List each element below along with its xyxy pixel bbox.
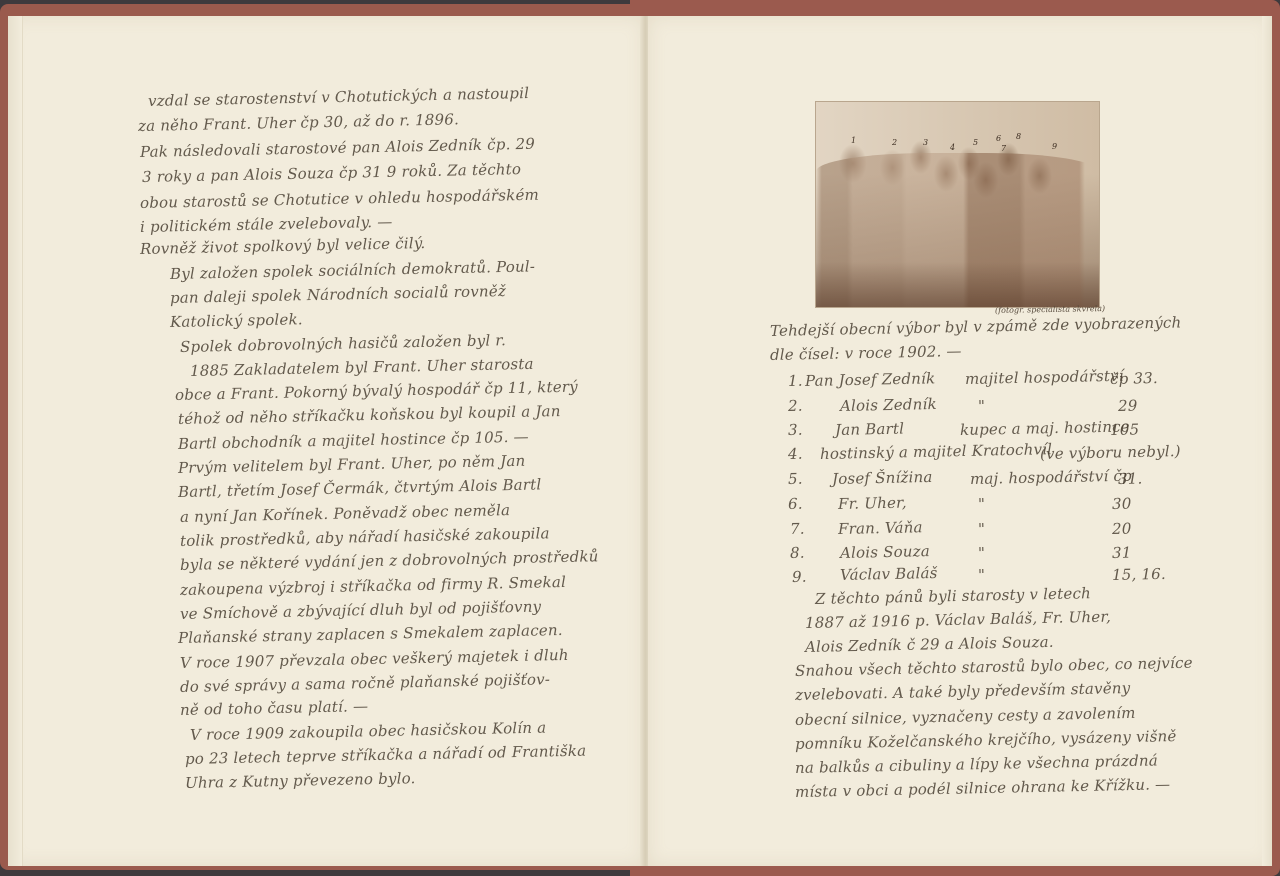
member-cp: 20 (1112, 520, 1132, 538)
member-role: (ve výboru nebyl.) (1040, 442, 1181, 463)
photo-number-mark: 2 (892, 138, 897, 147)
member-cp: 31 (1112, 544, 1132, 562)
photo-shadow (816, 262, 1099, 307)
member-role: " (978, 566, 985, 584)
member-number: 3. (788, 421, 803, 439)
photo-caption: (fotogr. specialista skvrela) (995, 304, 1105, 315)
member-number: 8. (790, 544, 805, 562)
member-number: 2. (788, 397, 803, 415)
photo-number-mark: 7 (1001, 144, 1006, 153)
member-number: 6. (788, 495, 803, 513)
member-number: 4. (788, 445, 803, 463)
right-page-edge (1262, 16, 1272, 866)
left-page-edge (8, 16, 23, 866)
member-cp: 31. (1118, 469, 1143, 488)
photo-number-mark: 3 (923, 138, 928, 147)
member-cp: 30 (1112, 495, 1132, 513)
member-name: Alois Souza (840, 542, 930, 562)
photo-number-mark: 6 (996, 134, 1001, 143)
member-number: 5. (788, 470, 803, 488)
member-cp: 29 (1118, 397, 1138, 415)
photo-number-mark: 1 (851, 136, 856, 145)
member-name: Alois Zedník (840, 395, 937, 415)
member-role: " (978, 397, 985, 415)
member-number: 1. (788, 372, 803, 390)
photo-number-mark: 4 (950, 143, 955, 152)
text-line: Katolický spolek. (170, 310, 303, 331)
member-role: " (978, 544, 985, 562)
member-name: Václav Baláš (840, 564, 938, 584)
photo-number-mark: 8 (1016, 132, 1021, 141)
member-cp: 105 (1110, 420, 1140, 439)
group-photograph: 1 2 3 4 5 6 7 8 9 (815, 101, 1100, 308)
member-name: Jan Bartl (835, 420, 905, 439)
member-number: 9. (792, 568, 807, 586)
member-role: kupec a maj. hostince (960, 417, 1130, 439)
member-name: Fran. Váňa (838, 518, 923, 538)
member-role: " (978, 495, 985, 513)
member-cp: 15, 16. (1112, 565, 1166, 584)
member-role: " (978, 520, 985, 538)
member-name: Fr. Uher, (838, 494, 907, 513)
member-name: Pan Josef Zedník (805, 369, 936, 390)
member-role: majitel hospodářství (965, 367, 1124, 388)
photo-number-mark: 5 (973, 138, 978, 147)
member-role: maj. hospodářství čp (970, 467, 1132, 488)
member-name: Josef Šnížina (832, 468, 933, 488)
member-number: 7. (790, 520, 805, 538)
photo-number-mark: 9 (1052, 142, 1057, 151)
member-cp: čp 33. (1110, 369, 1158, 388)
